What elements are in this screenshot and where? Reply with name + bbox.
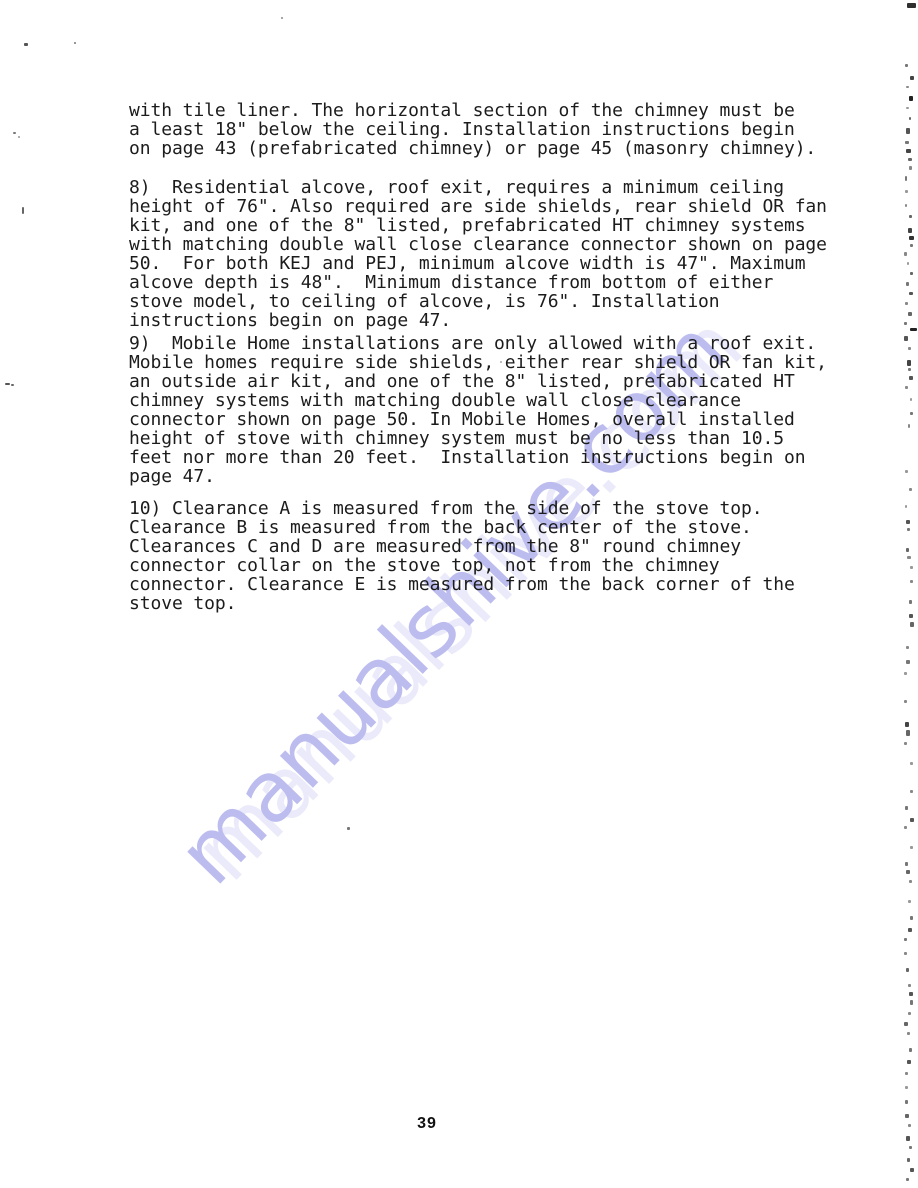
- scan-speck: [910, 580, 913, 583]
- scan-speck: [910, 762, 913, 765]
- scan-speck: [910, 818, 914, 822]
- scan-speck: [904, 938, 907, 941]
- scan-speck: [908, 1124, 911, 1127]
- scan-speck: [910, 328, 917, 331]
- scan-speck: [909, 166, 912, 170]
- scan-speck: [909, 880, 912, 883]
- scan-speck: [907, 556, 911, 559]
- scan-speck: [905, 1072, 908, 1075]
- scan-speck: [904, 700, 907, 703]
- scan-speck: [907, 528, 910, 531]
- scan-speck: [908, 312, 912, 316]
- scan-speck: [11, 384, 14, 386]
- scan-speck: [904, 1022, 908, 1026]
- scan-speck: [906, 870, 910, 874]
- scan-speck: [905, 204, 907, 207]
- scan-speck: [904, 322, 907, 325]
- page-number: 39: [403, 1115, 451, 1133]
- scan-speck: [905, 302, 908, 305]
- scan-speck: [909, 117, 911, 120]
- paragraph-item-10-clearances: 10) Clearance A is measured from the sid…: [129, 499, 795, 613]
- scan-speck: [910, 1000, 913, 1005]
- scan-speck: [18, 136, 20, 138]
- scan-speck: [13, 132, 16, 134]
- scan-speck: [906, 660, 910, 664]
- scan-speck: [905, 386, 908, 389]
- scan-speck: [908, 424, 910, 428]
- scan-speck: [910, 846, 913, 849]
- scan-speck: [347, 827, 350, 830]
- scan-speck: [904, 672, 907, 675]
- paragraph-item-9-mobile-home: 9) Mobile Home installations are only al…: [129, 334, 827, 486]
- scan-speck: [910, 272, 913, 275]
- scan-speck: [74, 42, 76, 44]
- scan-speck: [910, 916, 913, 920]
- scan-speck: [281, 17, 283, 19]
- scan-speck: [908, 928, 912, 932]
- scan-speck: [910, 398, 912, 401]
- scan-speck: [909, 96, 913, 101]
- scan-speck: [908, 158, 912, 161]
- scan-speck: [906, 730, 910, 736]
- scanned-manual-page: manualshive.com with tile liner. The hor…: [0, 0, 918, 1188]
- scan-speck: [910, 412, 913, 415]
- scan-speck: [908, 228, 912, 233]
- scan-speck: [907, 3, 916, 8]
- scan-speck: [904, 952, 907, 955]
- scan-speck: [905, 722, 909, 727]
- scan-speck: [909, 292, 913, 295]
- scan-speck: [24, 43, 28, 46]
- scan-speck: [907, 360, 911, 366]
- scan-speck: [909, 992, 913, 996]
- scan-speck: [905, 176, 907, 181]
- scan-speck: [908, 347, 911, 350]
- scan-speck: [905, 1114, 909, 1118]
- scan-speck: [905, 470, 908, 473]
- scan-speck: [906, 520, 910, 524]
- scan-speck: [904, 742, 907, 745]
- paragraph-chimney-intro: with tile liner. The horizontal section …: [129, 101, 816, 158]
- scan-speck: [906, 646, 909, 649]
- scan-speck: [22, 207, 24, 214]
- scan-speck: [906, 107, 909, 109]
- scan-speck: [906, 1178, 909, 1181]
- scan-speck: [910, 244, 913, 247]
- scan-speck: [904, 826, 907, 829]
- scan-speck: [905, 1086, 908, 1089]
- scan-speck: [907, 1032, 910, 1035]
- scan-speck: [909, 600, 912, 604]
- scan-speck: [904, 336, 908, 341]
- paragraph-item-8-residential-alcove: 8) Residential alcove, roof exit, requir…: [129, 178, 827, 330]
- scan-speck: [905, 141, 909, 144]
- scan-speck: [904, 252, 907, 256]
- scan-speck: [910, 566, 913, 569]
- scan-speck: [908, 984, 911, 987]
- scan-speck: [906, 128, 910, 134]
- scan-speck: [907, 1060, 911, 1064]
- scan-speck: [909, 614, 913, 618]
- scan-speck: [908, 900, 911, 903]
- scan-speck: [500, 361, 502, 363]
- scan-speck: [5, 383, 10, 385]
- scan-speck: [910, 622, 914, 627]
- scan-speck: [905, 806, 908, 810]
- scan-speck: [905, 190, 908, 193]
- scan-speck: [910, 76, 914, 80]
- scan-speck: [910, 790, 913, 793]
- scan-speck: [905, 64, 908, 67]
- scan-speck: [909, 236, 914, 240]
- scan-speck: [908, 1012, 911, 1015]
- scan-speck: [909, 488, 912, 491]
- scan-speck: [906, 149, 911, 153]
- scan-speck: [906, 548, 909, 552]
- scan-speck: [909, 1146, 912, 1149]
- scan-speck: [906, 282, 909, 286]
- scan-speck: [906, 86, 909, 88]
- scan-speck: [907, 262, 909, 265]
- scan-speck: [906, 968, 909, 972]
- scan-speck: [909, 1048, 912, 1052]
- scan-speck: [905, 1100, 908, 1104]
- scan-speck: [908, 368, 911, 371]
- scan-speck: [905, 505, 907, 508]
- scan-speck: [909, 376, 913, 380]
- scan-speck: [906, 1136, 910, 1141]
- scan-speck: [909, 215, 912, 218]
- scan-speck: [372, 519, 374, 521]
- scan-speck: [905, 862, 908, 866]
- scan-speck: [910, 1168, 914, 1172]
- scan-speck: [907, 1158, 910, 1162]
